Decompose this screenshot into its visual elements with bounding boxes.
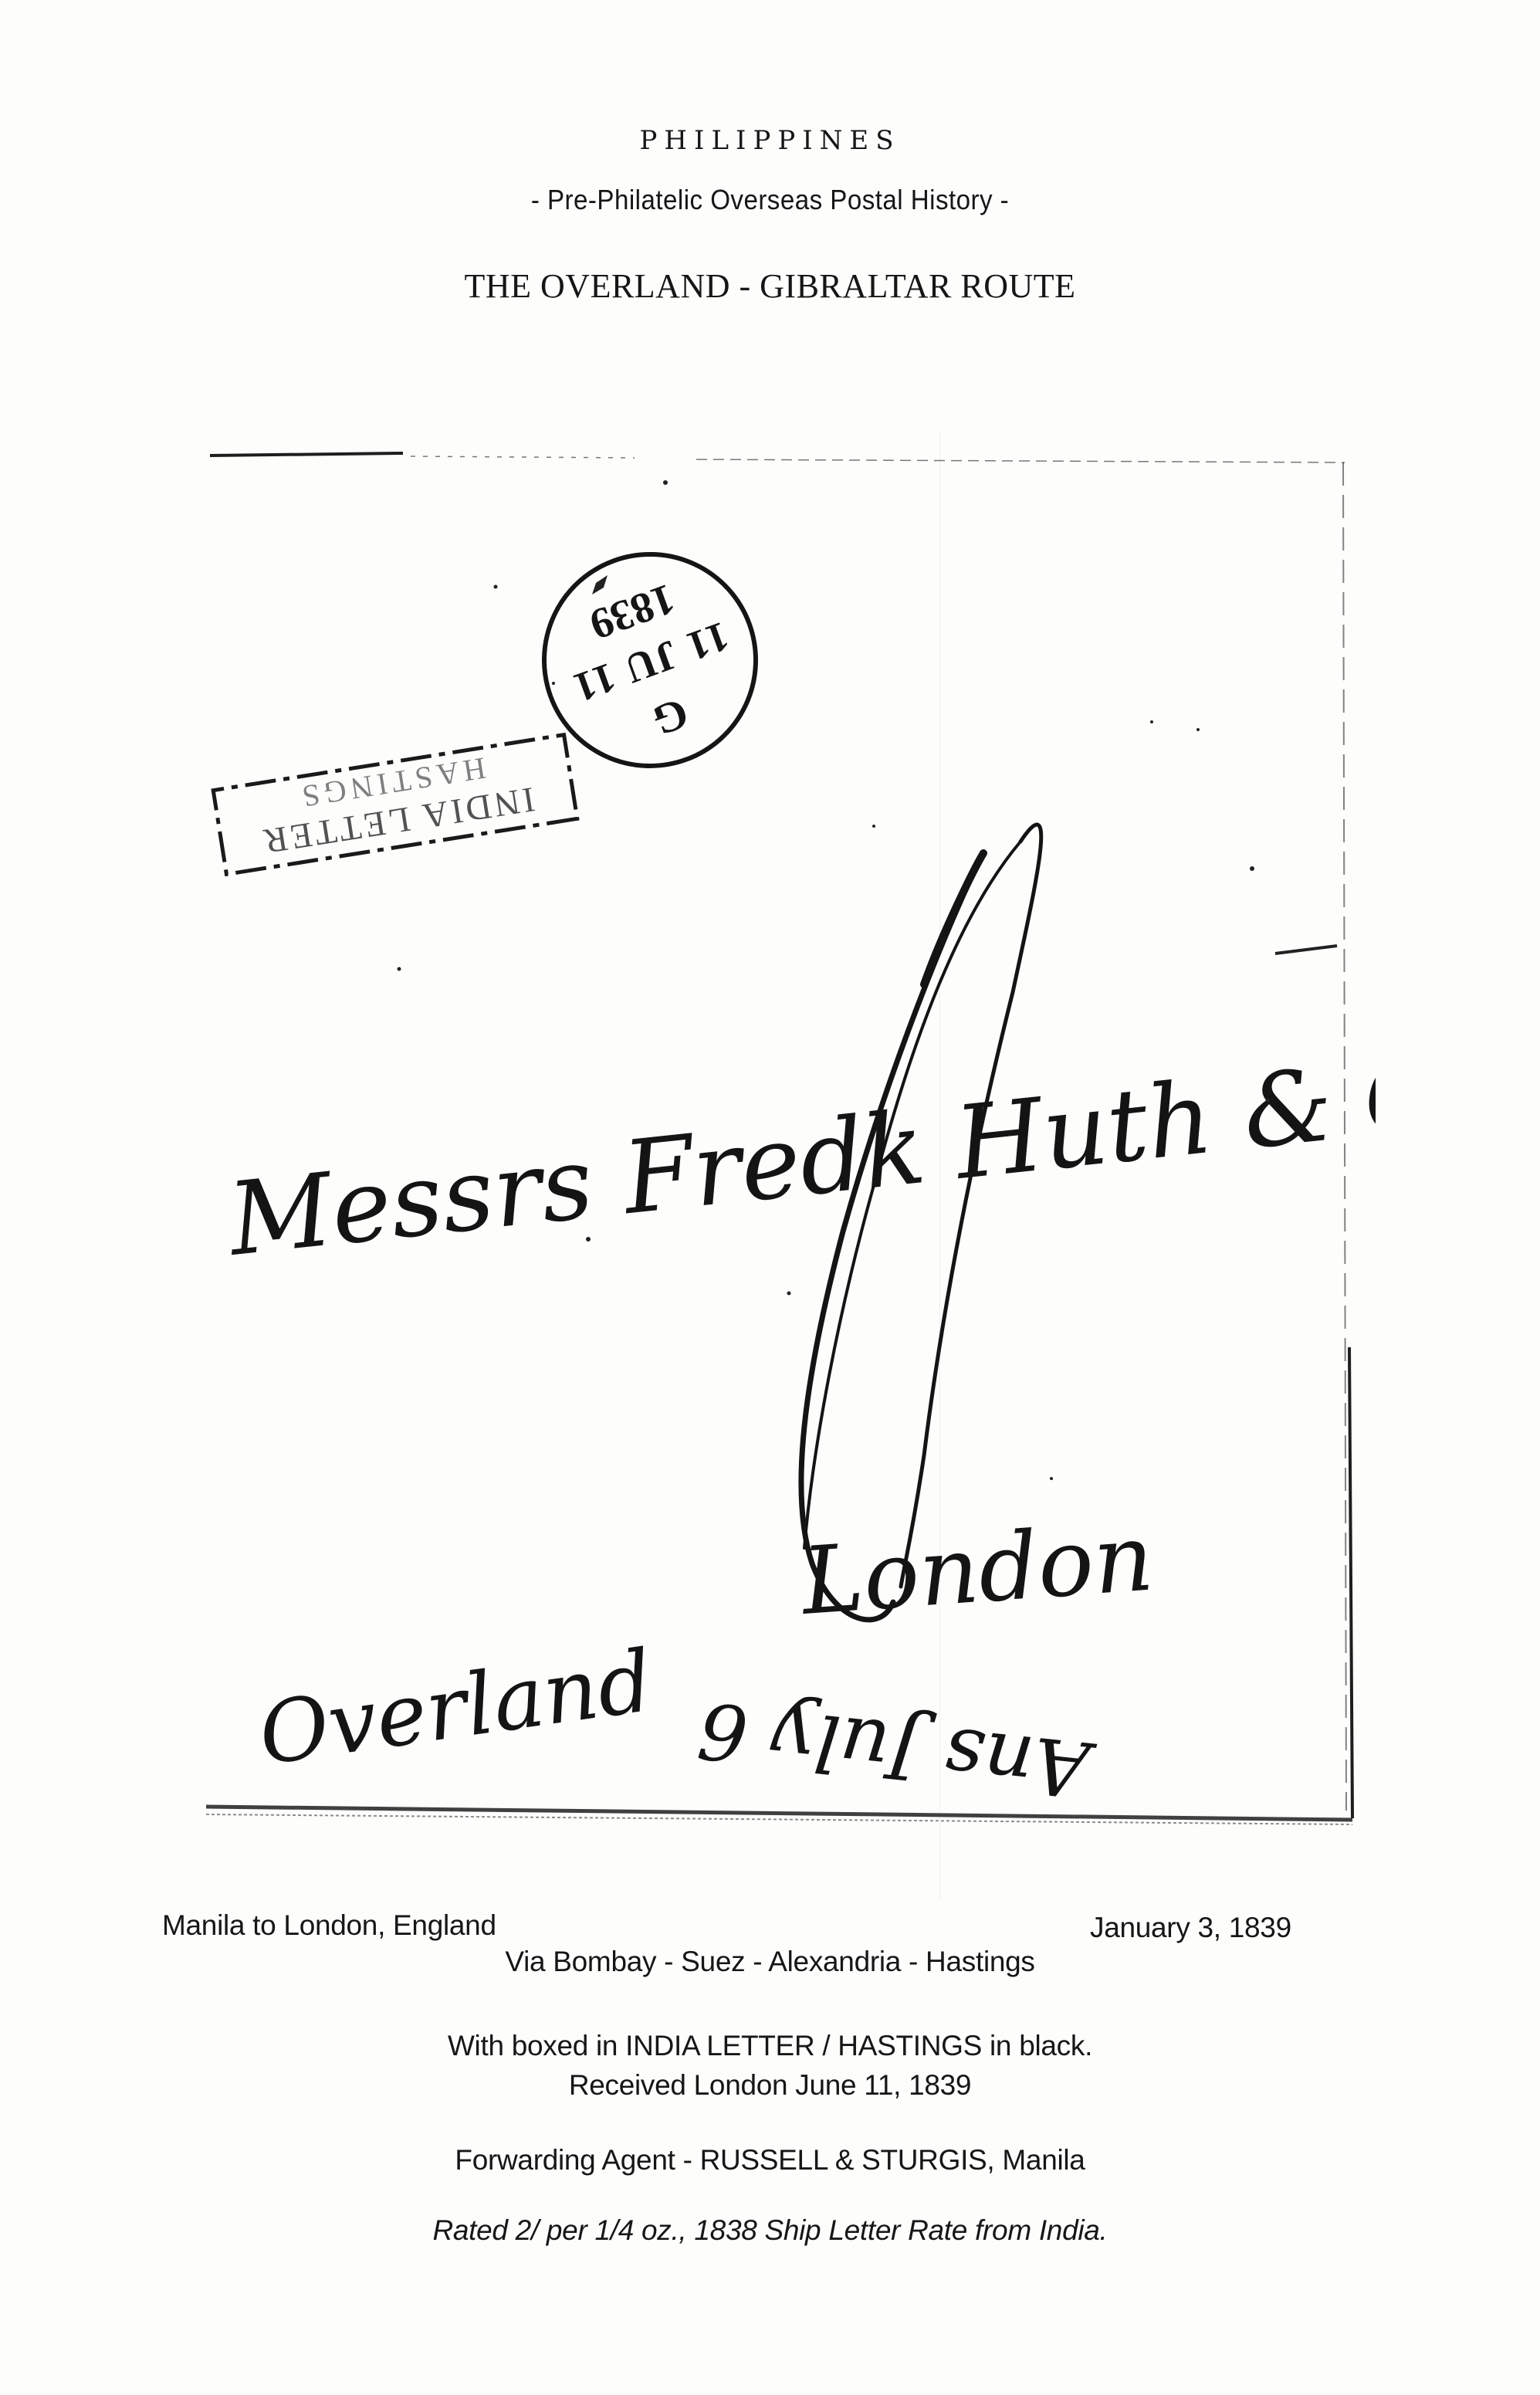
markings-note: With boxed in INDIA LETTER / HASTINGS in… — [0, 2030, 1540, 2062]
letter-date: January 3, 1839 — [1090, 1912, 1291, 1944]
forwarding-agent: Forwarding Agent - RUSSELL & STURGIS, Ma… — [0, 2144, 1540, 2177]
route-via: Via Bombay - Suez - Alexandria - Hasting… — [0, 1946, 1540, 1978]
specks — [398, 480, 1338, 1480]
received-note: Received London June 11, 1839 — [0, 2069, 1540, 2102]
address-line-2: London — [797, 1504, 1156, 1636]
cover-image: INDIA LETTER HASTINGS G 11 JU 11 1839 Me… — [202, 452, 1376, 1826]
rate-mark-2 — [801, 825, 1041, 1620]
svg-text:Ans July 6: Ans July 6 — [694, 1684, 1100, 1815]
rate-note: Rated 2/ per 1/4 oz., 1838 Ship Letter R… — [0, 2214, 1540, 2247]
cover-drawing: INDIA LETTER HASTINGS G 11 JU 11 1839 Me… — [202, 452, 1376, 1826]
address-line-1: Messrs Fredk Huth & Co — [222, 1028, 1376, 1279]
docketing-inverted: Ans July 6 — [694, 1684, 1100, 1815]
circular-datestamp: G 11 JU 11 1839 — [514, 524, 785, 795]
page-subtitle: - Pre-Philatelic Overseas Postal History… — [62, 184, 1478, 216]
handwritten-address: Messrs Fredk Huth & Co London — [222, 1028, 1376, 1636]
page-country-heading: PHILIPPINES — [0, 125, 1540, 156]
origin-destination: Manila to London, England — [162, 1909, 496, 1942]
ink-blot — [592, 575, 608, 595]
india-letter-boxed-postmark: INDIA LETTER HASTINGS — [213, 735, 577, 875]
svg-text:G: G — [647, 689, 695, 745]
overland-endorsement: Overland — [253, 1631, 658, 1784]
route-title: THE OVERLAND - GIBRALTAR ROUTE — [0, 266, 1540, 306]
